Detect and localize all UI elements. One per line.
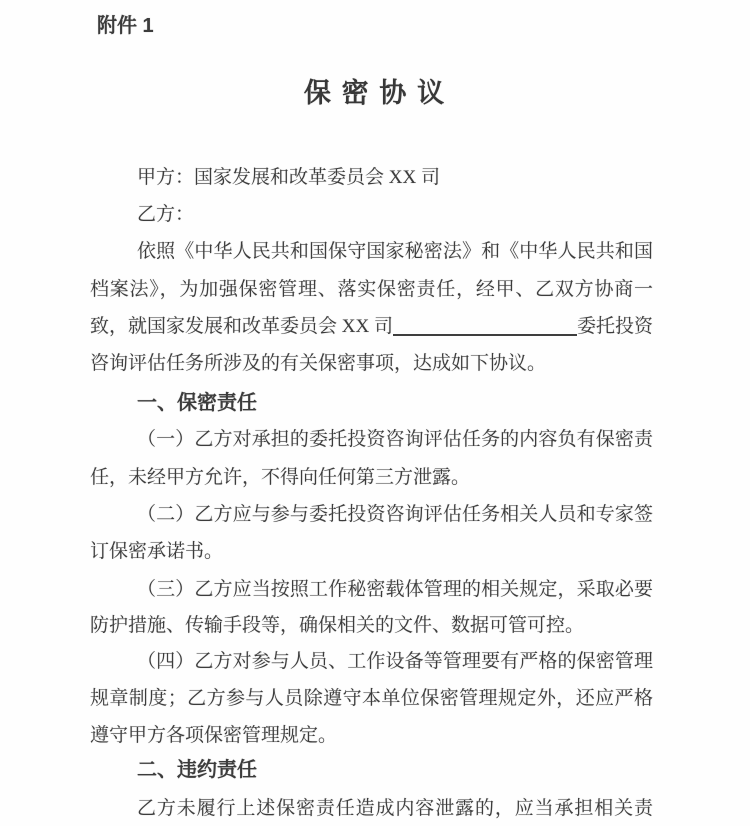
clause-4-line-2: 规章制度；乙方参与人员除遵守本单位保密管理规定外，还应严格 xyxy=(90,685,653,712)
attachment-label-text: 附件 1 xyxy=(97,15,154,37)
fill-line-after-text: 委托投资 xyxy=(577,313,653,340)
breach-clause-line: 乙方未履行上述保密责任造成内容泄露的，应当承担相关责 xyxy=(90,795,653,822)
clause-2-line-1: （二）乙方应与参与委托投资咨询评估任务相关人员和专家签 xyxy=(90,501,653,528)
blank-underline xyxy=(393,334,577,336)
fill-line-before-text: 致，就国家发展和改革委员会 XX 司 xyxy=(90,313,393,340)
clause-1-line-2: 任，未经甲方允许，不得向任何第三方泄露。 xyxy=(90,464,653,491)
preamble-line-2: 档案法》，为加强保密管理、落实保密责任，经甲、乙双方协商一 xyxy=(90,276,653,303)
section-1-heading: 一、保密责任 xyxy=(90,390,653,417)
attachment-label: 附件 1 xyxy=(97,12,154,40)
document-title: 保 密 协 议 xyxy=(0,76,750,110)
clause-1-line-1: （一）乙方对承担的委托投资咨询评估任务的内容负有保密责 xyxy=(90,426,653,453)
section-2-heading: 二、违约责任 xyxy=(90,757,653,784)
clause-4-line-1: （四）乙方对参与人员、工作设备等管理要有严格的保密管理 xyxy=(90,648,653,675)
document-page: 附件 1 保 密 协 议 甲方：国家发展和改革委员会 XX 司 乙方： 依照《中… xyxy=(0,0,750,826)
preamble-fill-line: 致，就国家发展和改革委员会 XX 司 委托投资 xyxy=(90,313,653,340)
clause-3-line-2: 防护措施、传输手段等，确保相关的文件、数据可管可控。 xyxy=(90,612,653,639)
party-b-line: 乙方： xyxy=(90,201,653,228)
preamble-line-1: 依照《中华人民共和国保守国家秘密法》和《中华人民共和国 xyxy=(90,238,653,265)
clause-3-line-1: （三）乙方应当按照工作秘密载体管理的相关规定，采取必要 xyxy=(90,576,653,603)
party-a-line: 甲方：国家发展和改革委员会 XX 司 xyxy=(90,164,653,191)
preamble-line-3: 咨询评估任务所涉及的有关保密事项，达成如下协议。 xyxy=(90,350,653,377)
clause-2-line-2: 订保密承诺书。 xyxy=(90,538,653,565)
clause-4-line-3: 遵守甲方各项保密管理规定。 xyxy=(90,722,653,749)
